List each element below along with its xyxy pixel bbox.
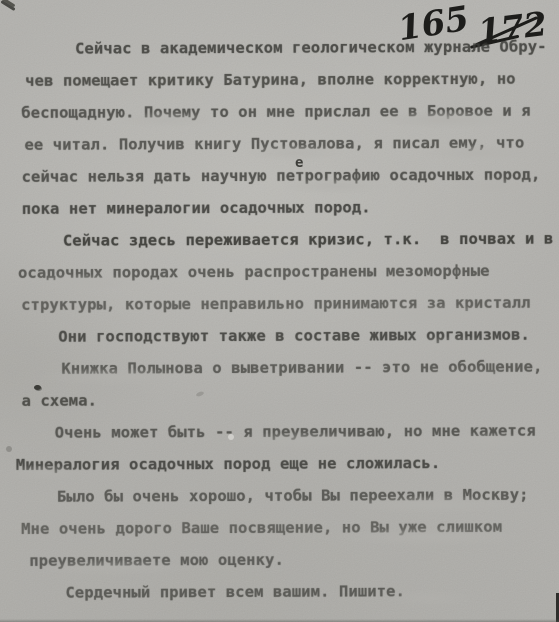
text-line: Минералогия осадочных пород еще не сложи… [2, 452, 559, 486]
text-line: структуры, которые неправильно принимают… [1, 292, 559, 326]
text-line: Сейчас здесь переживается кризис, т.к. в… [1, 228, 559, 262]
typed-superscript-correction: е [295, 155, 303, 171]
text-line: преувеличиваете мою оценку. [2, 548, 559, 582]
white-speck [228, 434, 234, 440]
text-line: Сейчас в академическом геологическом жур… [0, 36, 559, 70]
text-line: чев помещает критику Батурина, вполне ко… [0, 68, 559, 102]
text-line: Сердечный привет всем вашим. Пишите. [2, 580, 559, 614]
text-line: сейчас нельзя дать научную петрографию о… [1, 164, 559, 198]
corner-smudge-mark [0, 0, 15, 11]
text-line: Очень может быть -- я преувеличиваю, но … [2, 420, 559, 454]
text-line: Они господствуют также в составе живых о… [1, 324, 559, 358]
text-lines: Сейчас в академическом геологическом жур… [0, 36, 559, 614]
text-line: Мне очень дорого Ваше посвящение, но Вы … [2, 516, 559, 550]
text-line: беспощадную. Почему то он мне прислал ее… [0, 100, 559, 134]
typed-text-block: Сейчас в академическом геологическом жур… [0, 36, 559, 614]
ink-speck [34, 385, 41, 390]
text-line: пока нет минералогии осадочных пород. [1, 196, 559, 230]
text-line: а схема. [2, 388, 559, 422]
scanned-letter-page: 165 172 Сейчас в академическом геологиче… [0, 0, 559, 622]
text-line: осадочных породах очень распространены м… [1, 260, 559, 294]
paper-speck [6, 446, 12, 452]
text-line: Книжка Полынова о выветривании -- это не… [1, 356, 559, 390]
text-line: ее читал. Получив книгу Пустовалова, я п… [0, 132, 559, 166]
text-line: Было бы очень хорошо, чтобы Вы переехали… [2, 484, 559, 518]
